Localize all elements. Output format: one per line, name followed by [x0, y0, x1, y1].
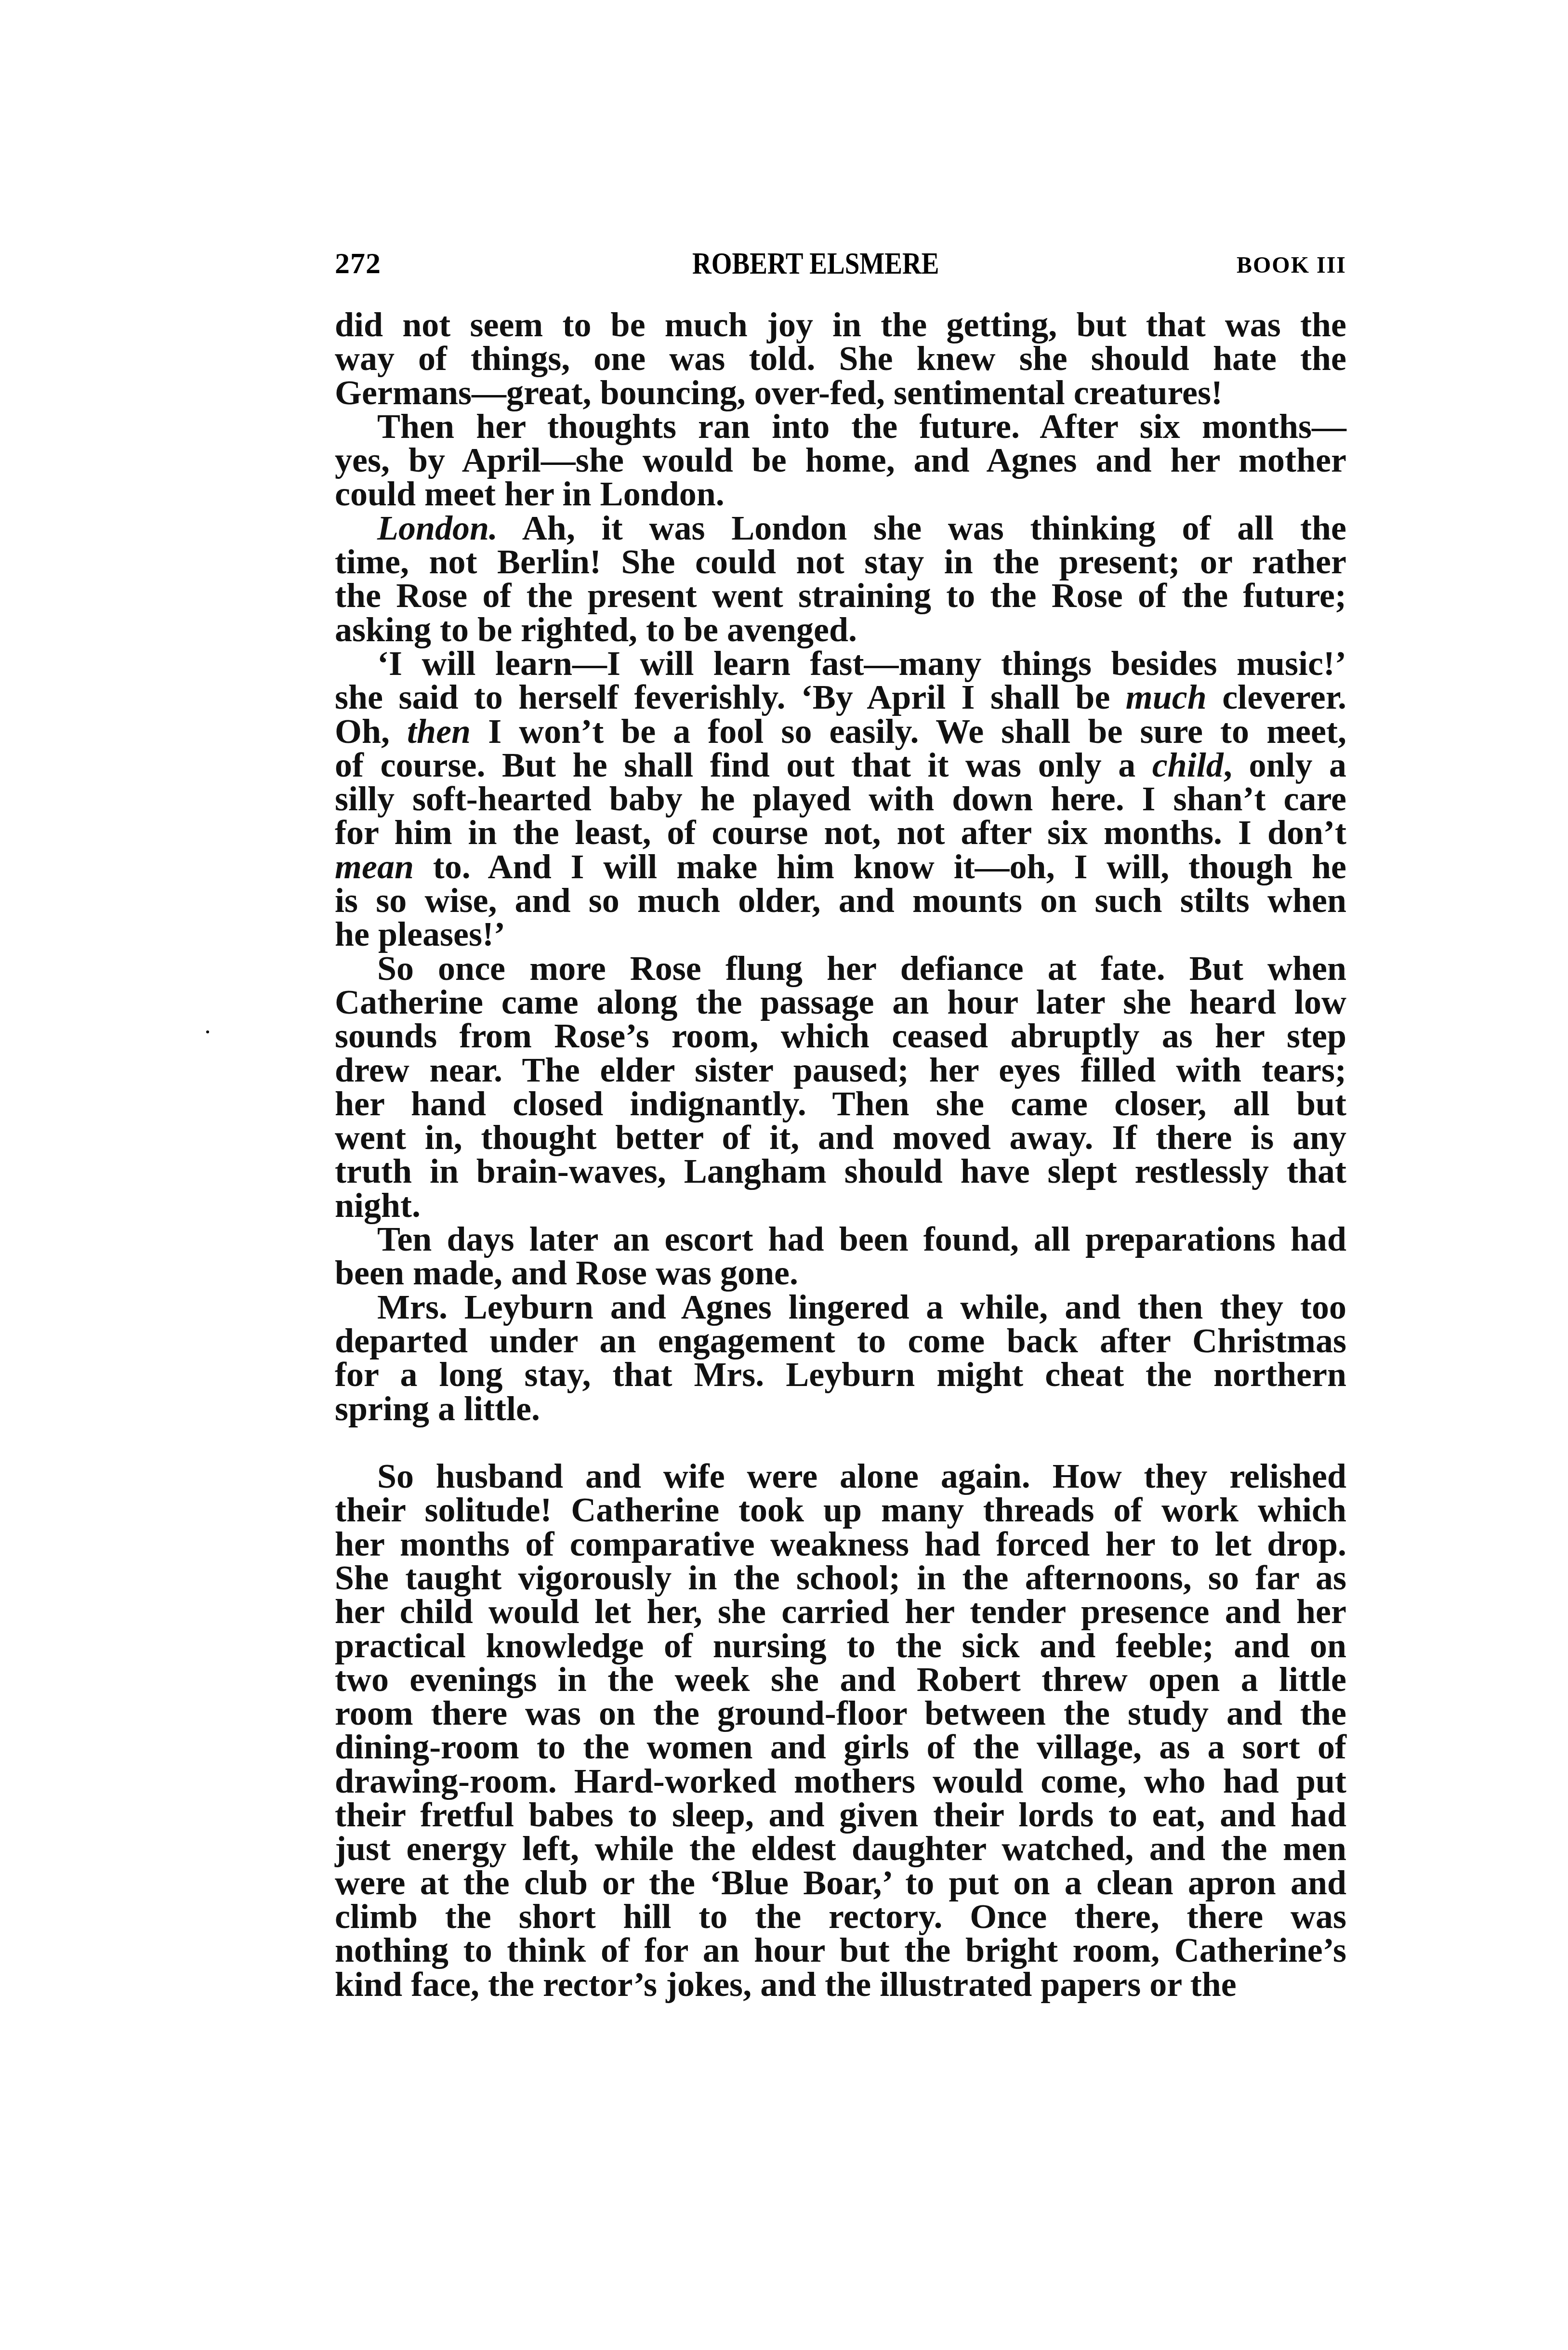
text-line: their fretful babes to sleep, and given … [335, 1798, 1346, 1832]
text-line: way of things, one was told. She knew sh… [335, 342, 1346, 375]
text-line: is so wise, and so much older, and mount… [335, 884, 1346, 917]
text-line: She taught vigorously in the school; in … [335, 1561, 1346, 1595]
roman-text: of course. But he shall find out that it… [335, 746, 1152, 784]
text-line: for him in the least, of course not, not… [335, 816, 1346, 849]
paragraph: ‘I will learn—I will learn fast—many thi… [335, 647, 1346, 951]
book-section-label: BOOK III [1237, 249, 1346, 282]
text-line: ‘I will learn—I will learn fast—many thi… [335, 647, 1346, 680]
margin-speck [206, 1030, 209, 1033]
text-line: spring a little. [335, 1392, 1346, 1426]
text-line: Mrs. Leyburn and Agnes lingered a while,… [335, 1290, 1346, 1324]
paragraph: So husband and wife were alone again. Ho… [335, 1459, 1346, 2001]
text-line: climb the short hill to the rectory. Onc… [335, 1900, 1346, 1933]
text-line: truth in brain-waves, Langham should hav… [335, 1154, 1346, 1188]
text-line: she said to herself feverishly. ‘By Apri… [335, 680, 1346, 714]
text-line: dining-room to the women and girls of th… [335, 1730, 1346, 1764]
text-line: Then her thoughts ran into the future. A… [335, 409, 1346, 443]
text-line: her hand closed indignantly. Then she ca… [335, 1087, 1346, 1121]
text-line: drew near. The elder sister paused; her … [335, 1053, 1346, 1087]
roman-text: I won’t be a fool so easily. We shall be… [471, 712, 1346, 751]
text-line: silly soft-hearted baby he played with d… [335, 782, 1346, 816]
roman-text: she said to herself feverishly. ‘By Apri… [335, 678, 1126, 716]
text-line: the Rose of the present went straining t… [335, 579, 1346, 612]
text-line: just energy left, while the eldest daugh… [335, 1832, 1346, 1865]
text-line: practical knowledge of nursing to the si… [335, 1629, 1346, 1663]
section-break [335, 1426, 1346, 1459]
text-line: her months of comparative weakness had f… [335, 1527, 1346, 1561]
text-line: Ten days later an escort had been found,… [335, 1222, 1346, 1256]
text-line: room there was on the ground-floor betwe… [335, 1696, 1346, 1730]
text-line: of course. But he shall find out that it… [335, 748, 1346, 782]
roman-text: , only a [1224, 746, 1346, 784]
text-line: time, not Berlin! She could not stay in … [335, 545, 1346, 579]
book-page: 272 ROBERT ELSMERE BOOK III did not seem… [0, 0, 1568, 2350]
text-line: mean to. And I will make him know it—oh,… [335, 850, 1346, 884]
text-line: were at the club or the ‘Blue Boar,’ to … [335, 1866, 1346, 1900]
body-text: did not seem to be much joy in the getti… [335, 308, 1346, 2001]
text-line: night. [335, 1188, 1346, 1222]
paragraph: Ten days later an escort had been found,… [335, 1222, 1346, 1290]
paragraph: London. Ah, it was London she was thinki… [335, 511, 1346, 647]
roman-text: Ah, it was London she was thinking of al… [498, 509, 1346, 547]
roman-text: to. And I will make him know it—oh, I wi… [414, 847, 1346, 886]
running-head: 272 ROBERT ELSMERE BOOK III [335, 247, 1346, 280]
book-title: ROBERT ELSMERE [692, 247, 939, 280]
text-line: asking to be righted, to be avenged. [335, 613, 1346, 647]
paragraph: did not seem to be much joy in the getti… [335, 308, 1346, 409]
text-line: drawing-room. Hard-worked mothers would … [335, 1764, 1346, 1798]
paragraph: Mrs. Leyburn and Agnes lingered a while,… [335, 1290, 1346, 1426]
page-number: 272 [335, 247, 381, 280]
roman-text: cleverer. [1207, 678, 1346, 716]
text-line: yes, by April—she would be home, and Agn… [335, 443, 1346, 477]
italic-emphasis: child [1152, 746, 1224, 784]
text-line: two evenings in the week she and Robert … [335, 1663, 1346, 1696]
text-line: been made, and Rose was gone. [335, 1256, 1346, 1290]
text-line: sounds from Rose’s room, which ceased ab… [335, 1019, 1346, 1053]
text-line: did not seem to be much joy in the getti… [335, 308, 1346, 342]
text-line: Oh, then I won’t be a fool so easily. We… [335, 714, 1346, 748]
roman-text: Oh, [335, 712, 407, 751]
italic-emphasis: mean [335, 847, 414, 886]
text-line: went in, thought better of it, and moved… [335, 1121, 1346, 1154]
text-line: departed under an engagement to come bac… [335, 1324, 1346, 1358]
italic-emphasis: London. [377, 509, 498, 547]
text-line: Germans—great, bouncing, over-fed, senti… [335, 376, 1346, 409]
text-line: their solitude! Catherine took up many t… [335, 1493, 1346, 1527]
text-line: Catherine came along the passage an hour… [335, 985, 1346, 1019]
italic-emphasis: much [1126, 678, 1207, 716]
text-line: her child would let her, she carried her… [335, 1595, 1346, 1628]
text-line: So once more Rose flung her defiance at … [335, 951, 1346, 985]
text-line: So husband and wife were alone again. Ho… [335, 1459, 1346, 1493]
text-line: could meet her in London. [335, 477, 1346, 511]
paragraph: So once more Rose flung her defiance at … [335, 951, 1346, 1222]
paragraph: Then her thoughts ran into the future. A… [335, 409, 1346, 511]
text-line: kind face, the rector’s jokes, and the i… [335, 1967, 1346, 2001]
text-line: nothing to think of for an hour but the … [335, 1933, 1346, 1967]
text-line: London. Ah, it was London she was thinki… [335, 511, 1346, 545]
text-line: for a long stay, that Mrs. Leyburn might… [335, 1358, 1346, 1391]
text-line: he pleases!’ [335, 917, 1346, 951]
italic-emphasis: then [407, 712, 471, 751]
